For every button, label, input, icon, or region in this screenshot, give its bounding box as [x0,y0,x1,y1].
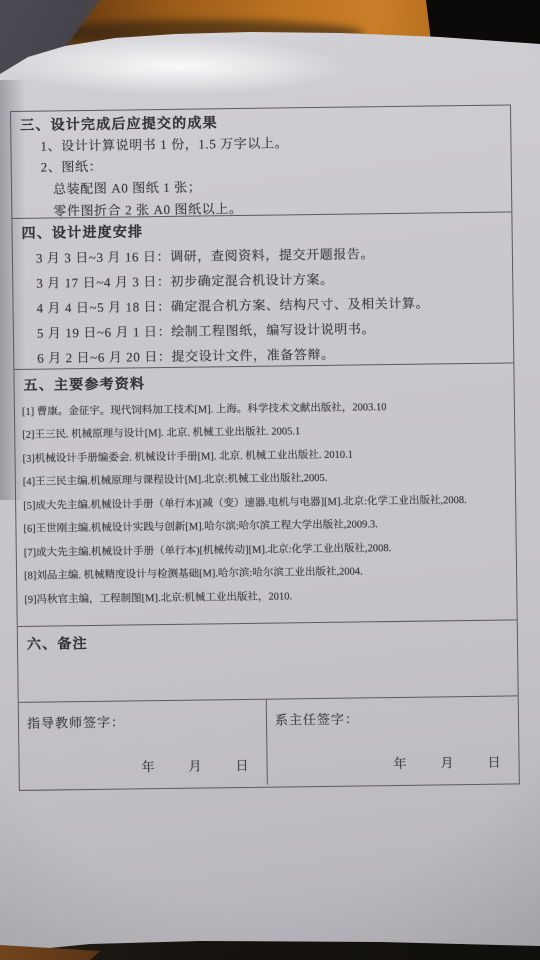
dept-head-signature-label: 系主任签字： [267,696,518,728]
advisor-signature-cell: 指导教师签字： 年月日 [19,700,268,788]
photo-scene: 三、设计完成后应提交的成果 1、设计计算说明书 1 份，1.5 万字以上。 2、… [0,0,540,960]
task-form-table: 三、设计完成后应提交的成果 1、设计计算说明书 1 份，1.5 万字以上。 2、… [10,104,520,790]
section-remarks-heading: 六、备注 [27,627,511,653]
deliverable-item-2: 2、图纸： [21,153,505,177]
month-label: 月 [188,759,201,774]
month-label: 月 [440,755,453,770]
reference-entry: [9]冯秋官主编，工程制图[M].北京:机械工业出版社，2010. [21,587,512,606]
year-label: 年 [393,756,406,771]
deliverable-item-1: 1、设计计算说明书 1 份，1.5 万字以上。 [20,132,504,156]
dept-head-signature-cell: 系主任签字： 年月日 [267,696,519,784]
section-remarks: 六、备注 [18,620,518,703]
paper-sheet: 三、设计完成后应提交的成果 1、设计计算说明书 1 份，1.5 万字以上。 2、… [0,0,540,960]
section-references-heading: 五、主要参考资料 [18,368,509,394]
section-deliverables: 三、设计完成后应提交的成果 1、设计计算说明书 1 份，1.5 万字以上。 2、… [11,105,511,219]
section-schedule: 四、设计进度安排 3 月 3 日~3 月 16 日：调研，查阅资料，提交开题报告… [12,212,513,370]
section-deliverables-heading: 三、设计完成后应提交的成果 [20,109,504,135]
advisor-date-line: 年月日 [141,755,248,775]
signature-row: 指导教师签字： 年月日 系主任签字： 年月日 [19,696,519,788]
reference-entry: [5]成大先主编.机械设计手册（单行本)[减（变）速器.电机与电器][M].北京… [20,493,511,512]
reference-entry: [6]王世刚主编.机械设计实践与创新[M].哈尔滨:哈尔滨工程大学出版社,200… [20,516,511,535]
reference-entry: [2]王三民. 机械原理与设计[M]. 北京. 机械工业出版社. 2005.1 [19,422,510,441]
dept-head-date-line: 年月日 [393,752,500,772]
day-label: 日 [487,755,500,770]
reference-entry: [3]机械设计手册编委会. 机械设计手册[M]. 北京. 机械工业出版社. 20… [19,446,510,465]
deliverable-item-2a: 总装配图 A0 图纸 1 张； [21,175,505,199]
advisor-signature-label: 指导教师签字： [19,700,266,732]
schedule-line: 3 月 17 日~4 月 3 日：初步确定混合机设计方案。 [22,269,506,293]
reference-entry: [7]成大先主编.机械设计手册（单行本)[机械传动][M].北京:化学工业出版社… [21,540,512,559]
schedule-line: 3 月 3 日~3 月 16 日：调研，查阅资料，提交开题报告。 [22,244,506,268]
section-schedule-heading: 四、设计进度安排 [21,217,505,243]
schedule-line: 5 月 19 日~6 月 1 日：绘制工程图纸，编写设计说明书。 [23,319,507,343]
schedule-line: 4 月 4 日~5 月 18 日：确定混合机方案、结构尺寸、及相关计算。 [22,294,506,318]
reference-entry: [1] 曹康。金征宇。现代饲料加工技术[M]. 上海。科学技术文献出版社，200… [19,399,510,418]
section-references: 五、主要参考资料 [1] 曹康。金征宇。现代饲料加工技术[M]. 上海。科学技术… [14,363,516,627]
reference-entry: [8]刘品主编. 机械精度设计与检测基础[M].哈尔滨:哈尔滨工业出版社,200… [21,563,512,582]
year-label: 年 [141,759,154,774]
reference-entry: [4]王三民主编.机械原理与课程设计[M].北京:机械工业出版社,2005. [20,469,511,488]
day-label: 日 [235,758,248,773]
